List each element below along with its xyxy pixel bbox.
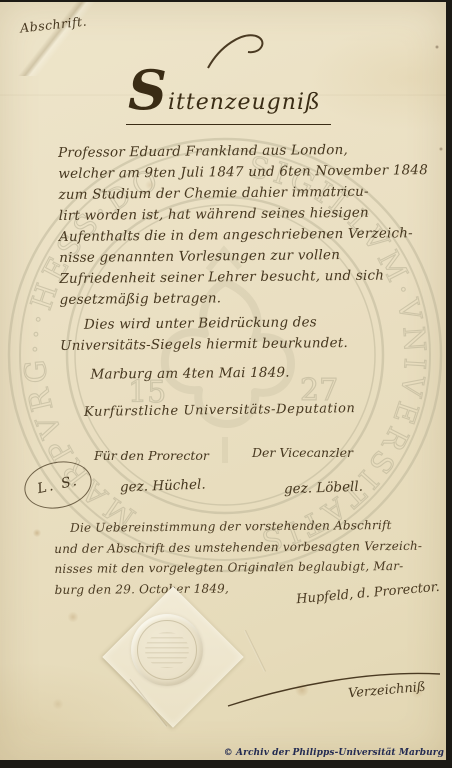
document-scan: SIGILLVM·VNIVERSITATIS MARPVRG···HESS·DO…: [0, 0, 452, 768]
signature-name-left: gez. Hüchel.: [120, 477, 206, 496]
body-line: Zufriedenheit seiner Lehrer besucht, und…: [59, 265, 425, 290]
docket-note-verzeichnis: Verzeichniß: [347, 680, 426, 702]
locus-sigilli-label: L. S.: [36, 473, 80, 497]
body-line: gesetzmäßig betragen.: [60, 286, 426, 311]
corner-crease: [0, 2, 110, 76]
dateline-marburg: Marburg am 4ten Mai 1849.: [60, 361, 426, 386]
document-title: Sittenzeugniß: [126, 58, 331, 125]
seal-fold-crease: [244, 630, 266, 672]
embossed-paper-seal: [131, 614, 203, 686]
signature-name-right: gez. Löbell.: [284, 479, 363, 498]
body-line: welcher am 9ten Juli 1847 und 6ten Novem…: [58, 160, 424, 185]
signature-role-right: Der Vicecanzler: [252, 445, 353, 460]
paper-sheet: SIGILLVM·VNIVERSITATIS MARPVRG···HESS·DO…: [0, 2, 446, 760]
attestation-line: nisses mit den vorgelegten Originalen be…: [54, 556, 440, 580]
certificate-body: Professor Eduard Frankland aus London, w…: [58, 139, 427, 386]
annotation-abschrift: Abschrift.: [19, 14, 87, 36]
body-line: Aufenthalts die in dem angeschriebenen V…: [59, 223, 425, 248]
attestation-line: Die Uebereinstimmung der vorstehenden Ab…: [54, 515, 440, 539]
issuing-authority-line: Kurfürstliche Universitäts-Deputation: [84, 401, 356, 420]
signature-role-left: Für den Prorector: [94, 448, 209, 463]
body-line: Universitäts-Siegels hiermit beurkundet.: [60, 332, 426, 357]
archive-credit: © Archiv der Philipps-Universität Marbur…: [224, 748, 444, 758]
locus-sigilli-mark: L. S.: [20, 455, 96, 514]
